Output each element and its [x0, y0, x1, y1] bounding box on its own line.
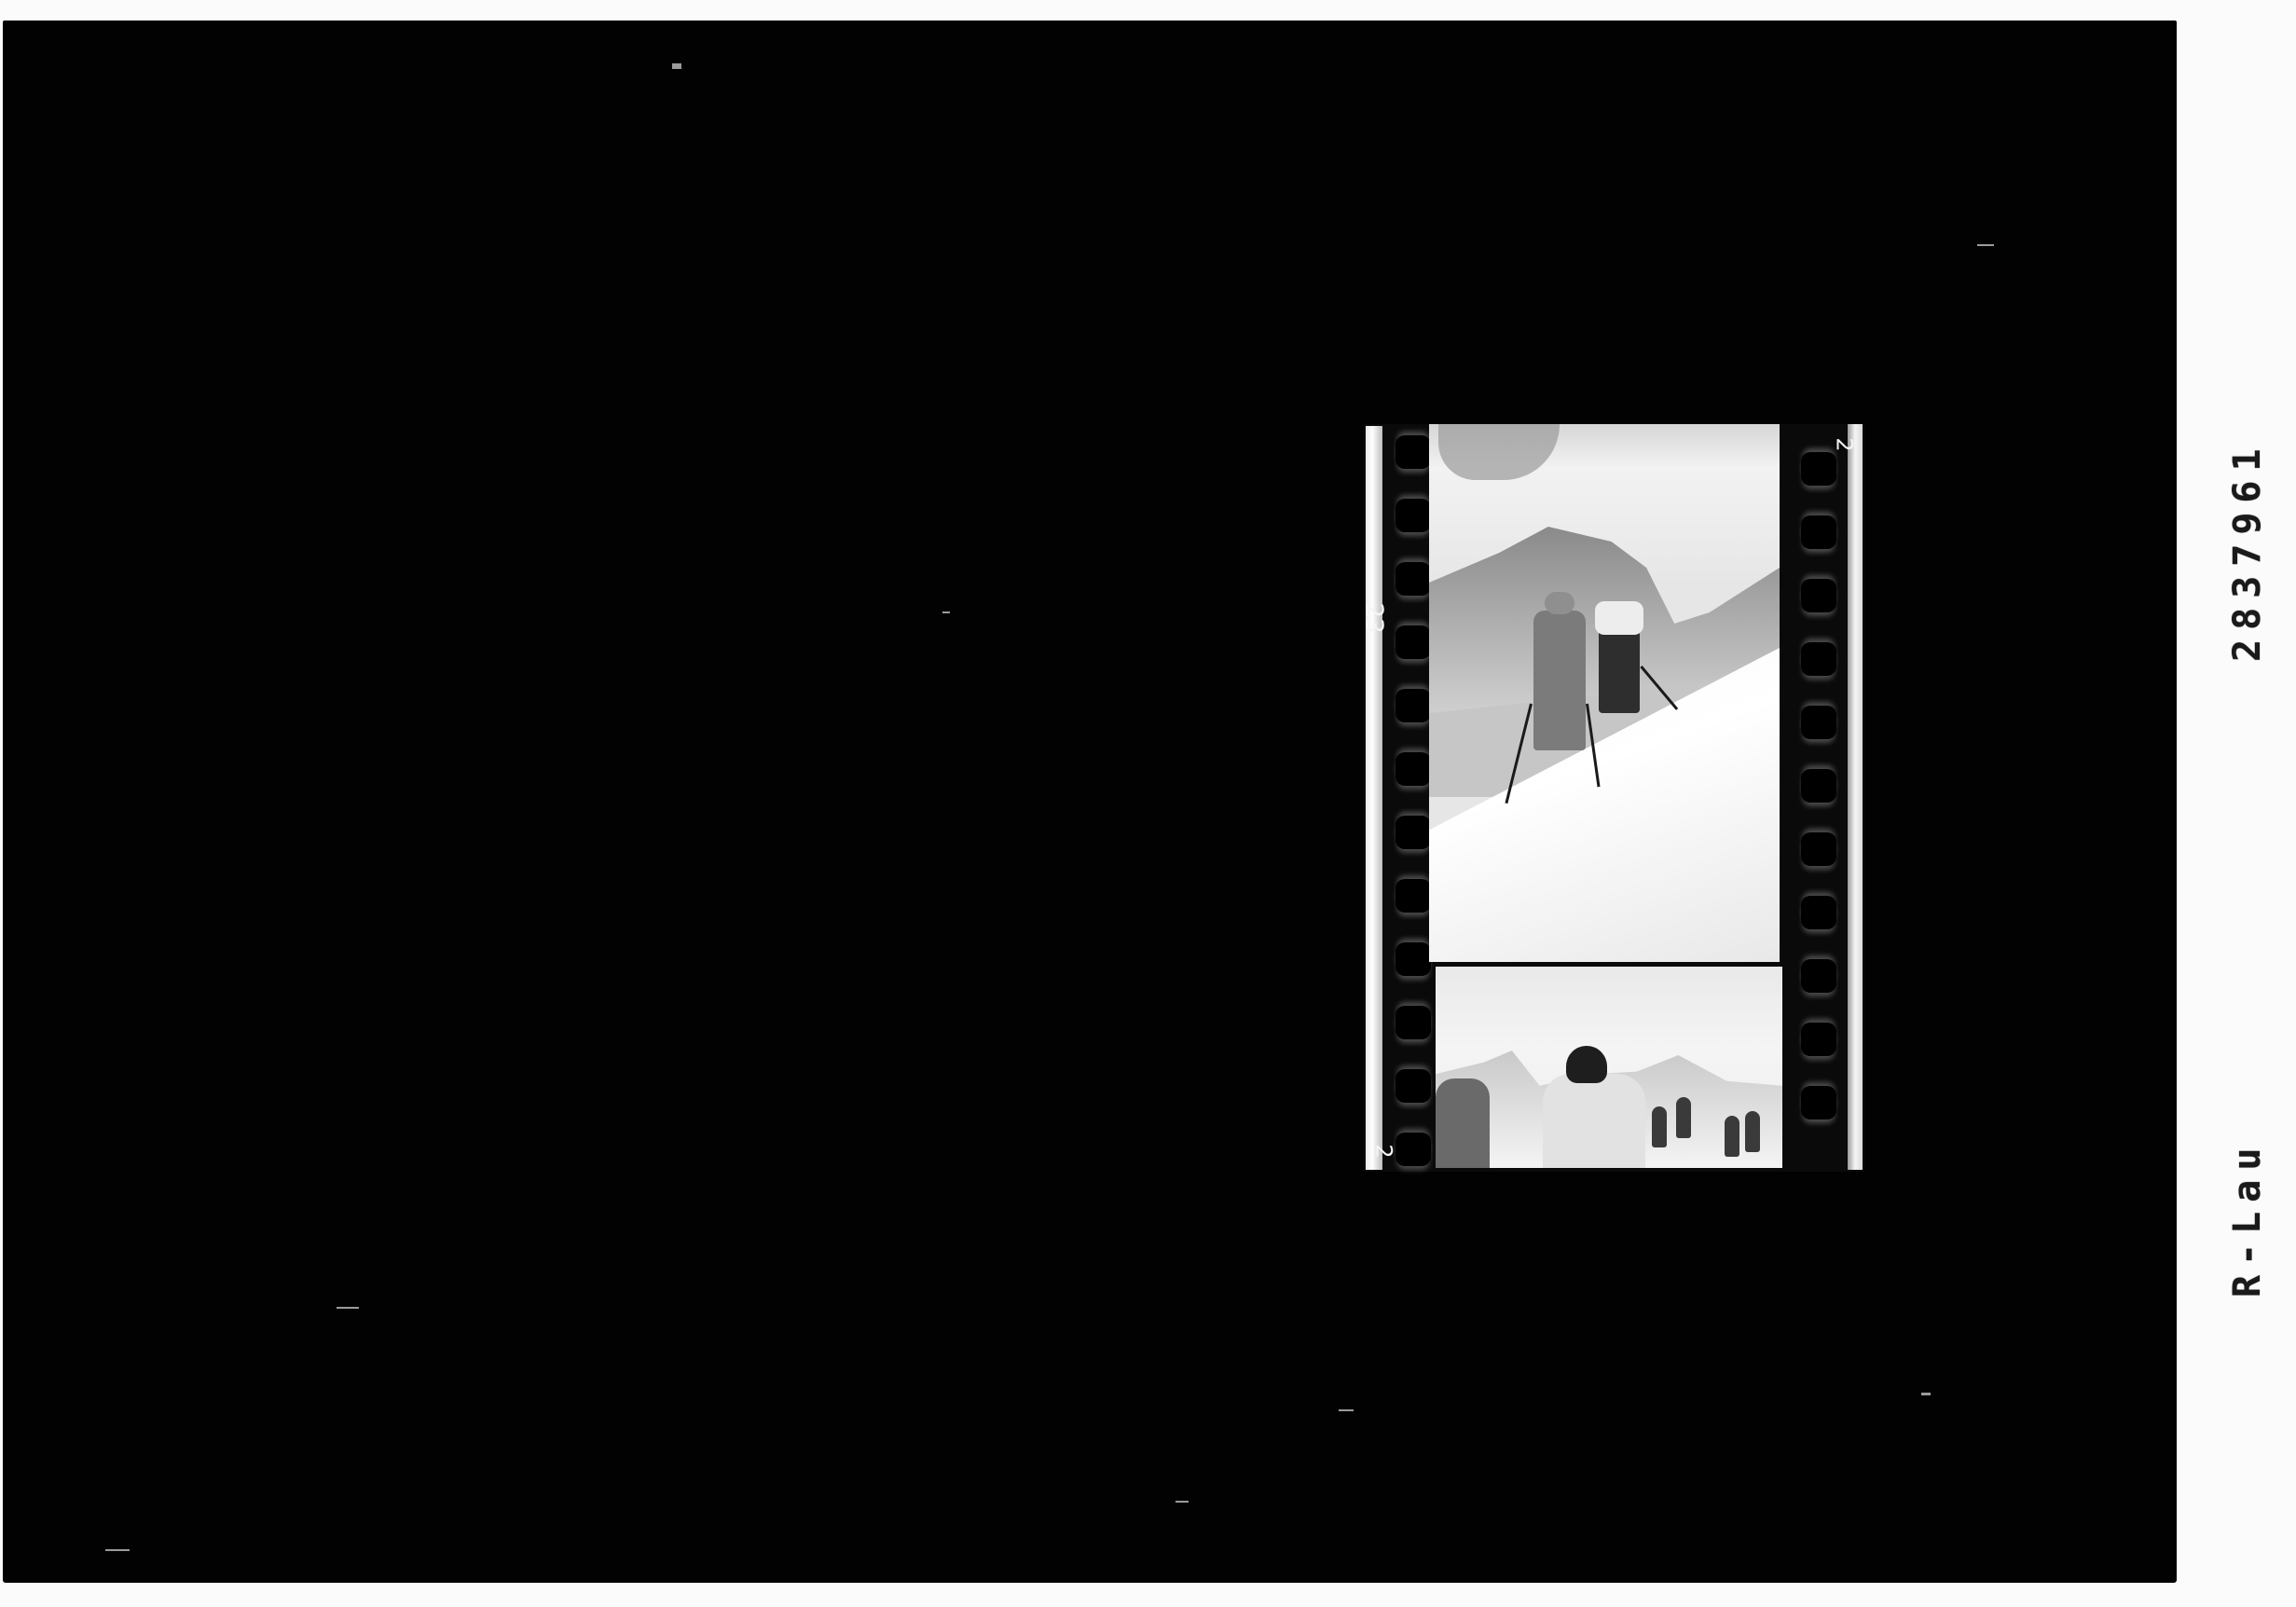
perforation	[1801, 896, 1836, 929]
perforation	[1801, 959, 1836, 993]
mitten-on-pole	[1652, 1106, 1667, 1147]
skier-cap	[1545, 592, 1574, 614]
photographer-code-label: R-Lau	[2226, 1139, 2269, 1298]
woman-with-gloves	[1543, 1074, 1645, 1168]
dust-speck	[1175, 1501, 1189, 1503]
perforation	[1801, 642, 1836, 676]
dust-speck	[1977, 244, 1994, 246]
dust-speck	[1921, 1393, 1931, 1395]
perforation	[1395, 752, 1431, 786]
perforation	[1801, 1023, 1836, 1056]
perforation	[1395, 942, 1431, 976]
hair	[1566, 1046, 1607, 1083]
perforations-right	[1795, 424, 1840, 1170]
frame-number-label: 23	[1362, 602, 1386, 633]
film-edge-right	[1848, 424, 1863, 1170]
perforations-left	[1390, 424, 1435, 1170]
mitten-on-pole	[1745, 1111, 1760, 1152]
perforation	[1395, 879, 1431, 913]
perforation	[1801, 579, 1836, 612]
perforation	[1395, 689, 1431, 722]
edge-number-label: 2	[1833, 437, 1855, 451]
skier-back	[1599, 601, 1640, 713]
perforation	[1801, 832, 1836, 866]
perforation	[1801, 706, 1836, 739]
dust-speck	[942, 611, 950, 613]
perforation	[1801, 1086, 1836, 1119]
dust-speck	[105, 1549, 130, 1551]
perforation	[1395, 1133, 1431, 1166]
perforation	[1801, 769, 1836, 803]
photo-frame-woman-at-summit	[1436, 967, 1782, 1168]
edge-number-label: 2	[1373, 1144, 1395, 1158]
film-edge-left	[1366, 426, 1382, 1170]
dust-speck	[672, 63, 681, 69]
perforation	[1395, 625, 1431, 659]
perforation	[1395, 499, 1431, 532]
photo-frame-skiers-climbing	[1429, 424, 1780, 962]
mitten-on-pole	[1676, 1097, 1691, 1138]
perforation	[1395, 562, 1431, 596]
mitten-on-pole	[1725, 1116, 1739, 1157]
perforation	[1395, 1069, 1431, 1103]
skier-white-jacket	[1595, 601, 1643, 635]
perforation	[1395, 435, 1431, 469]
dust-speck	[337, 1307, 359, 1309]
perforation	[1801, 452, 1836, 486]
skier-front	[1533, 611, 1586, 750]
perforation	[1801, 515, 1836, 549]
person-left	[1436, 1078, 1490, 1168]
scan-sheet: 23 2 2 2837961 R-Lau	[0, 0, 2296, 1607]
perforation	[1395, 816, 1431, 849]
cloud	[1438, 424, 1560, 480]
inventory-number-label: 2837961	[2226, 439, 2269, 662]
perforation	[1395, 1006, 1431, 1039]
film-strip: 23 2 2	[1364, 424, 1864, 1172]
dust-speck	[1339, 1409, 1354, 1411]
